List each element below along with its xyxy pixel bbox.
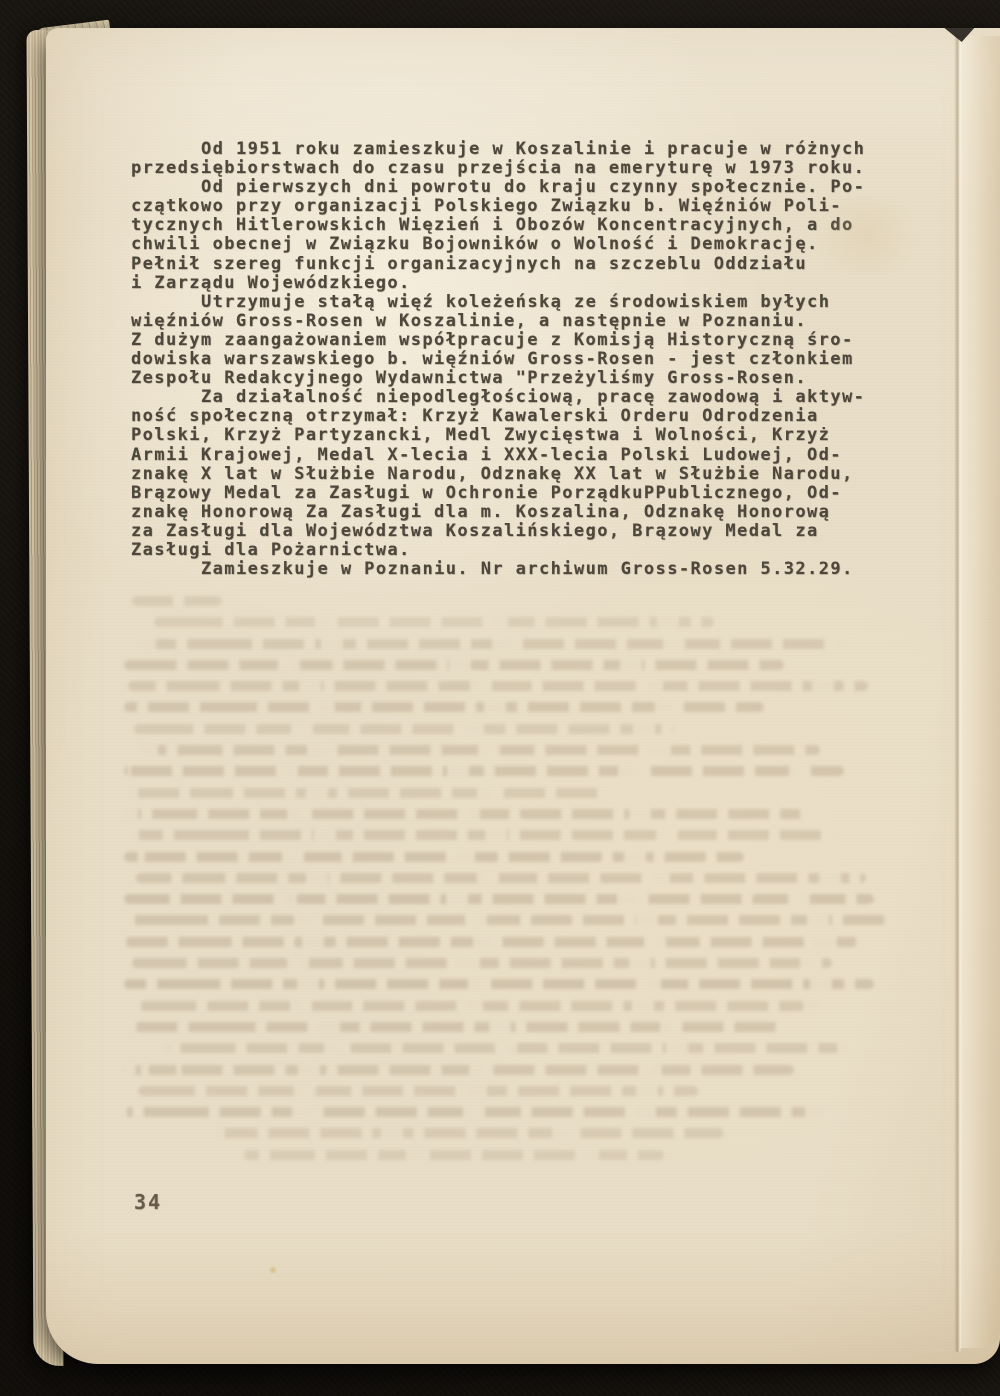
text-line: Zasługi dla Pożarnictwa.	[131, 541, 931, 560]
paragraph: Za działalność niepodległościową, pracę …	[131, 388, 931, 560]
bleed-through-line	[132, 958, 832, 968]
bleed-through-text	[124, 596, 896, 1171]
bleed-through-line	[142, 639, 842, 649]
bleed-through-line	[134, 1022, 784, 1032]
bleed-through-line	[244, 1150, 664, 1160]
text-line: Z dużym zaangażowaniem współpracuje z Ko…	[131, 331, 931, 350]
text-line: ność społeczną otrzymał: Krzyż Kawalersk…	[131, 407, 931, 426]
paragraph: Od 1951 roku zamieszkuje w Koszalinie i …	[131, 140, 931, 178]
bleed-through-line	[124, 766, 844, 776]
bleed-through-line	[124, 702, 764, 712]
bleed-through-line	[138, 1086, 698, 1096]
text-line: przedsiębiorstwach do czasu przejścia na…	[131, 159, 931, 178]
page-number: 34	[134, 1190, 162, 1214]
text-line: znakę X lat w Służbie Narodu, Odznakę XX…	[131, 465, 931, 484]
bleed-through-line	[124, 852, 744, 862]
text-line: dowiska warszawskiego b. więźniów Gross-…	[131, 350, 931, 369]
text-line: Od 1951 roku zamieszkuje w Koszalinie i …	[131, 140, 931, 159]
text-line: Za działalność niepodległościową, pracę …	[131, 388, 931, 407]
text-line: Pełnił szereg funkcji organizacyjnych na…	[131, 255, 931, 274]
bleed-through-line	[124, 660, 784, 670]
bleed-through-line	[204, 1128, 724, 1138]
photo-background: { "page_number": "34", "typewritten_text…	[0, 0, 1000, 1396]
bleed-through-line	[140, 745, 820, 755]
bleed-through-line	[124, 809, 804, 819]
bleed-through-line	[134, 724, 674, 734]
text-line: za Zasługi dla Województwa Koszalińskieg…	[131, 522, 931, 541]
bleed-through-line	[128, 915, 888, 925]
text-line: Zamieszkuje w Poznaniu. Nr archiwum Gros…	[131, 560, 931, 579]
text-line: Od pierwszych dni powrotu do kraju czynn…	[131, 178, 931, 197]
bleed-through-line	[124, 894, 874, 904]
bleed-through-line	[124, 1107, 824, 1117]
paper-stain	[268, 1266, 278, 1274]
scanned-page: Od 1951 roku zamieszkuje w Koszalinie i …	[46, 28, 1000, 1364]
text-line: czątkowo przy organizacji Polskiego Zwią…	[131, 197, 931, 216]
text-line: Utrzymuje stałą więź koleżeńską ze środo…	[131, 293, 931, 312]
text-line: Polski, Krzyż Partyzancki, Medl Zwycięst…	[131, 426, 931, 445]
bleed-through-line	[128, 681, 868, 691]
bleed-through-line	[154, 617, 714, 627]
bleed-through-line	[132, 830, 842, 840]
text-line: Zespołu Redakcyjnego Wydawnictwa "Przeży…	[131, 369, 931, 388]
text-line: Armii Krajowej, Medal X-lecia i XXX-leci…	[131, 446, 931, 465]
paragraph: Utrzymuje stałą więź koleżeńską ze środo…	[131, 293, 931, 388]
bleed-through-line	[124, 979, 874, 989]
text-line: więźniów Gross-Rosen w Koszalinie, a nas…	[131, 312, 931, 331]
paragraph: Zamieszkuje w Poznaniu. Nr archiwum Gros…	[131, 560, 931, 579]
bleed-through-line	[132, 596, 222, 606]
bleed-through-line	[124, 1065, 794, 1075]
facing-page-edge	[960, 36, 1000, 1348]
text-line: znakę Honorową Za Zasługi dla m. Koszali…	[131, 503, 931, 522]
paper-highlight	[806, 196, 926, 276]
bleed-through-line	[124, 937, 864, 947]
bleed-through-line	[160, 1043, 850, 1053]
bleed-through-line	[136, 873, 866, 883]
bleed-through-line	[130, 788, 600, 798]
text-line: i Zarządu Wojewódzkiego.	[131, 274, 931, 293]
bleed-through-line	[130, 1001, 820, 1011]
text-line: Brązowy Medal za Zasługi w Ochronie Porz…	[131, 484, 931, 503]
typewritten-text: Od 1951 roku zamieszkuje w Koszalinie i …	[131, 140, 931, 579]
